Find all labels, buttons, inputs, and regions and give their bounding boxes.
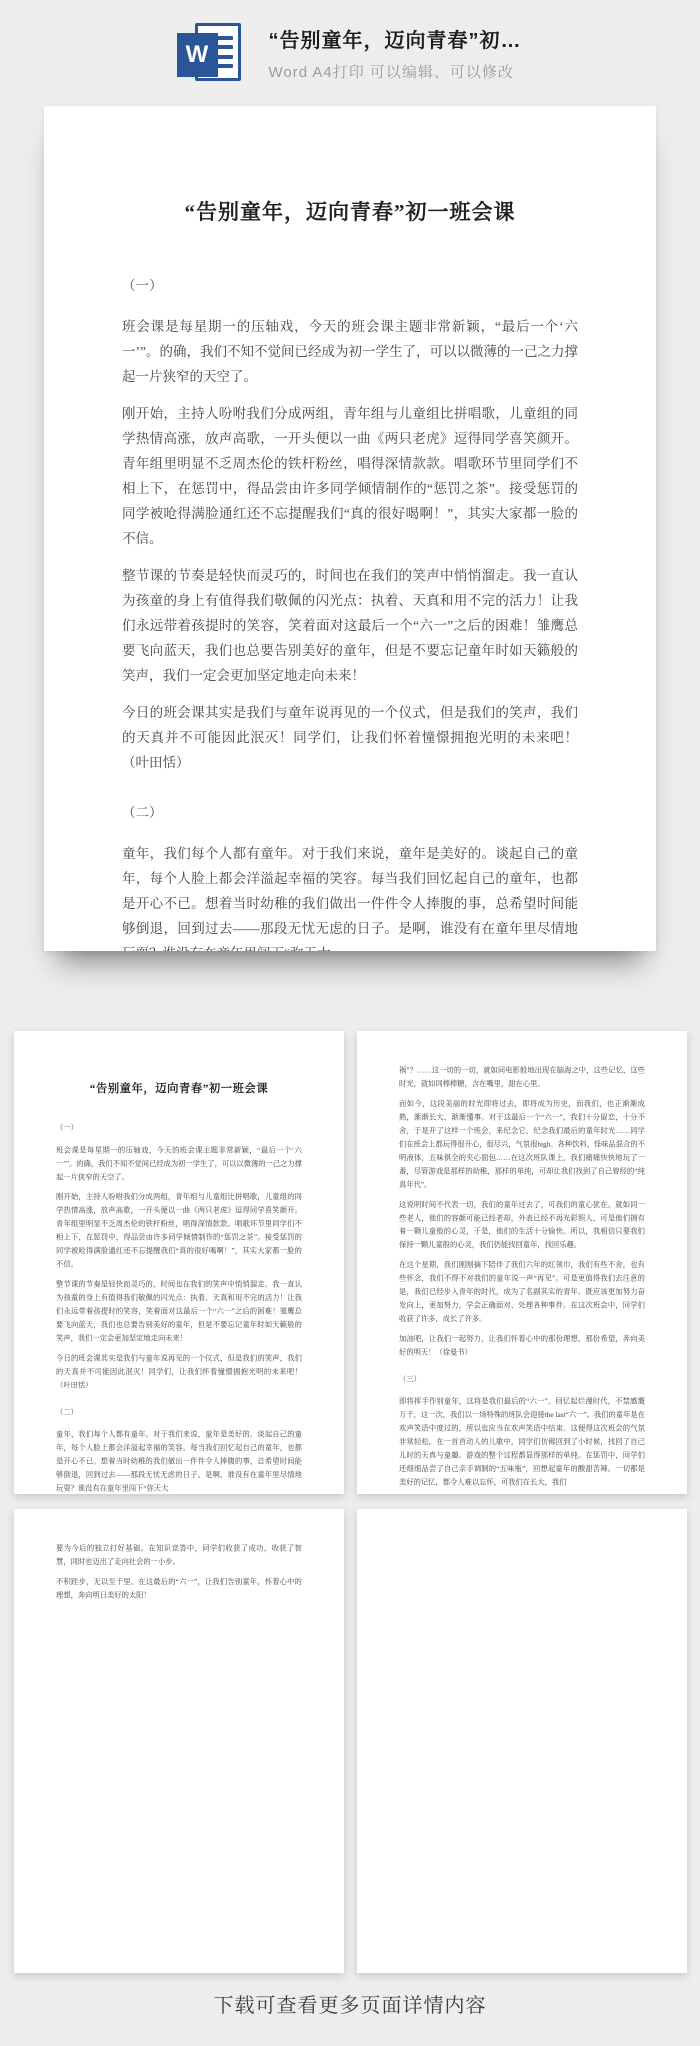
thumbnail-page-1-content: “告别童年，迈向青春”初一班会课（一）班会课是每星期一的压轴戏，今天的班会课主题… (14, 1031, 344, 1494)
doc-paragraph: 这说明时间不代表一切，我们的童年过去了，可我们的童心犹在。就如同一些老人，他们的… (399, 1198, 645, 1252)
section-marker: （一） (122, 274, 578, 294)
thumbnail-page-2[interactable]: 祸”？……这一切的一切，就如同电影般地出现在脑海之中，这些记忆，这些时光，就如同… (357, 1031, 687, 1494)
doc-paragraph: 整节课的节奏是轻快而灵巧的，时间也在我们的笑声中悄悄溜走。我一直认为孩童的身上有… (56, 1277, 302, 1344)
header-text-block: “告别童年，迈向青春”初… Word A4打印 可以编辑、可以修改 (269, 24, 522, 82)
doc-paragraph: 刚开始，主持人吩咐我们分成两组，青年组与儿童组比拼唱歌，儿童组的同学热情高涨，放… (56, 1190, 302, 1271)
doc-paragraph: 即将挥手作别童年，这将是我们最后的“六一”。回忆起烂漫时代，不禁感慨万千，这一次… (399, 1394, 645, 1488)
doc-paragraph: 班会课是每星期一的压轴戏，今天的班会课主题非常新颖，“最后一个‘六一’”。的确，… (122, 314, 578, 389)
doc-paragraph: 祸”？……这一切的一切，就如同电影般地出现在脑海之中，这些记忆，这些时光，就如同… (399, 1063, 645, 1090)
large-preview-area: “告别童年，迈向青春”初一班会课（一）班会课是每星期一的压轴戏，今天的班会课主题… (44, 106, 656, 951)
document-page-1-large[interactable]: “告别童年，迈向青春”初一班会课（一）班会课是每星期一的压轴戏，今天的班会课主题… (44, 106, 656, 951)
doc-paragraph: 班会课是每星期一的压轴戏，今天的班会课主题非常新颖，“最后一个‘六一’”。的确，… (56, 1143, 302, 1183)
document-title: “告别童年，迈向青春”初一班会课 (56, 1080, 302, 1096)
doc-paragraph: 整节课的节奏是轻快而灵巧的，时间也在我们的笑声中悄悄溜走。我一直认为孩童的身上有… (122, 563, 578, 688)
doc-paragraph: 不积跬步，无以至千里。在这最后的“六一”，让我们告别童年，怀着心中的理想，奔向明… (56, 1575, 302, 1602)
header-doc-subtitle: Word A4打印 可以编辑、可以修改 (269, 61, 522, 82)
section-marker: （二） (122, 801, 578, 821)
thumbnail-page-2-content: 祸”？……这一切的一切，就如同电影般地出现在脑海之中，这些记忆，这些时光，就如同… (357, 1031, 687, 1494)
thumbnail-page-1[interactable]: “告别童年，迈向青春”初一班会课（一）班会课是每星期一的压轴戏，今天的班会课主题… (14, 1031, 344, 1494)
doc-paragraph: 而如今，这段美丽的时光即将过去，即将成为历史，而我们，也正渐渐成熟，渐渐长大，渐… (399, 1097, 645, 1191)
word-file-icon: W (179, 22, 243, 84)
thumbnail-page-4[interactable] (357, 1509, 687, 1973)
doc-paragraph: 童年，我们每个人都有童年。对于我们来说，童年是美好的。谈起自己的童年，每个人脸上… (122, 841, 578, 951)
doc-paragraph: 加油吧，让我们一起努力，让我们怀着心中的那份理想，那份希望，奔向美好的明天！（徐… (399, 1332, 645, 1359)
doc-paragraph: 刚开始，主持人吩咐我们分成两组，青年组与儿童组比拼唱歌，儿童组的同学热情高涨，放… (122, 401, 578, 551)
thumbnail-page-4-content (357, 1509, 687, 1973)
thumbnail-grid: “告别童年，迈向青春”初一班会课（一）班会课是每星期一的压轴戏，今天的班会课主题… (14, 1031, 687, 1973)
word-icon-letter: W (179, 35, 216, 75)
doc-paragraph: 童年，我们每个人都有童年。对于我们来说，童年是美好的。谈起自己的童年，每个人脸上… (56, 1427, 302, 1494)
doc-paragraph: 在这个星期，我们刚刚摘下陪伴了我们六年的红领巾，我们有些不舍，也有些怀念，我们不… (399, 1258, 645, 1325)
section-marker: （三） (399, 1373, 645, 1384)
doc-paragraph: 今日的班会课其实是我们与童年说再见的一个仪式，但是我们的笑声，我们的天真并不可能… (56, 1351, 302, 1391)
section-marker: （一） (56, 1122, 302, 1133)
page-root: W “告别童年，迈向青春”初… Word A4打印 可以编辑、可以修改 “告别童… (0, 0, 700, 2018)
thumbnail-page-3[interactable]: 要为今后的独立打好基础。在知识竞答中，同学们收获了成功，收获了智慧，同时也迈出了… (14, 1509, 344, 1973)
download-hint: 下载可查看更多页面详情内容 (0, 1989, 700, 2018)
thumbnail-page-3-content: 要为今后的独立打好基础。在知识竞答中，同学们收获了成功，收获了智慧，同时也迈出了… (14, 1509, 344, 1973)
doc-paragraph: 要为今后的独立打好基础。在知识竞答中，同学们收获了成功，收获了智慧，同时也迈出了… (56, 1541, 302, 1568)
doc-paragraph: 今日的班会课其实是我们与童年说再见的一个仪式，但是我们的笑声，我们的天真并不可能… (122, 700, 578, 775)
document-title: “告别童年，迈向青春”初一班会课 (122, 196, 578, 226)
doc-header: W “告别童年，迈向青春”初… Word A4打印 可以编辑、可以修改 (0, 0, 700, 106)
header-doc-title: “告别童年，迈向青春”初… (269, 24, 522, 53)
section-marker: （二） (56, 1406, 302, 1417)
